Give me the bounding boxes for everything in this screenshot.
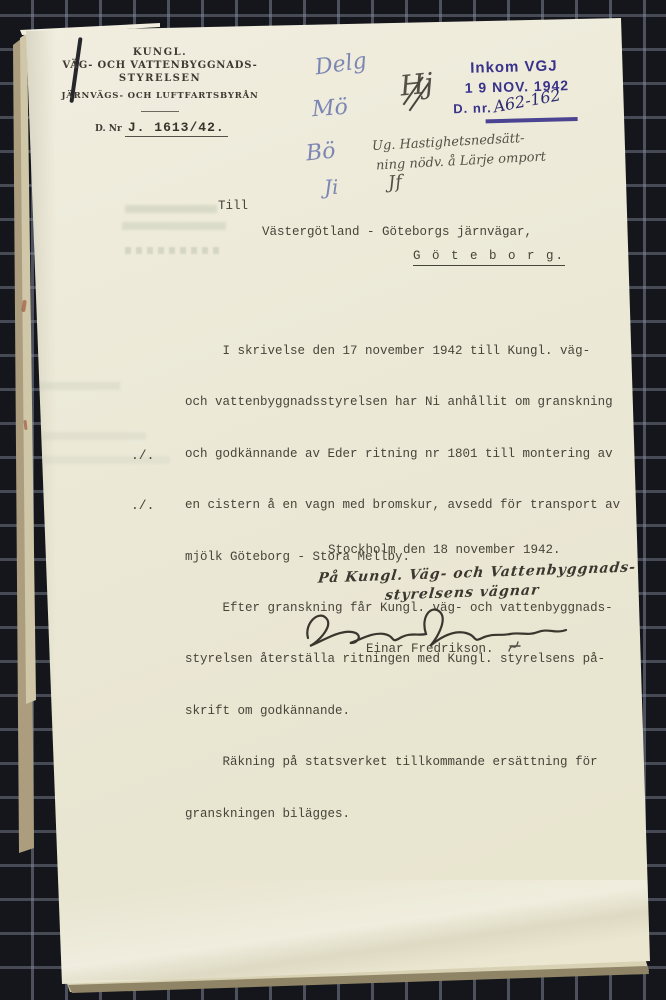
pencil-note-line1: Ug. Hastighetsnedsätt- <box>372 131 525 154</box>
pencil-note-line2: ning nödv. å Lärje omport <box>376 150 547 174</box>
bleed-through-line <box>122 222 226 230</box>
pencil-check-mark <box>506 638 524 656</box>
enclosure-mark-2: ./. <box>131 498 154 513</box>
scan-photo: KUNGL. VÄG- OCH VATTENBYGGNADS- STYRELSE… <box>0 0 666 1000</box>
body-line: granskningen bilägges. <box>185 803 655 826</box>
diary-number-row: D. Nr J. 1613/42. <box>95 120 295 135</box>
handwritten-initial-4: Ji <box>323 175 339 200</box>
received-stamp: Inkom VGJ 1 9 NOV. 1942 D. nr. A62-162 <box>452 56 622 60</box>
letterhead-org-line3: STYRELSEN <box>60 73 260 84</box>
handwritten-initial-1: Delg <box>314 49 369 81</box>
stamp-dnr-label: D. nr. <box>453 100 492 116</box>
body-line: och godkännande av Eder ritning nr 1801 … <box>185 443 655 466</box>
typed-signer-name: Einar Fredrikson. <box>366 642 494 656</box>
recipient-salutation: Till <box>218 199 248 213</box>
body-line: skrift om godkännande. <box>185 700 655 723</box>
bleed-through-line <box>125 205 217 213</box>
handwritten-initial-2: Mö <box>311 95 348 122</box>
letterhead-rule <box>141 111 179 112</box>
body-line: Räkning på statsverket tillkommande ersä… <box>185 751 655 774</box>
letter-page: KUNGL. VÄG- OCH VATTENBYGGNADS- STYRELSE… <box>0 0 666 1000</box>
letterhead-org-line2: VÄG- OCH VATTENBYGGNADS- <box>40 60 280 71</box>
enclosure-mark-1: ./. <box>131 448 154 463</box>
letterhead-bureau: JÄRNVÄGS- OCH LUFTFARTSBYRÅN <box>40 91 280 101</box>
stamp-bar <box>486 117 578 123</box>
letterhead-org-line1: KUNGL. <box>60 47 260 58</box>
body-line: I skrivelse den 17 november 1942 till Ku… <box>185 340 655 363</box>
handwritten-initial-3: Bö <box>305 139 337 167</box>
letter-body: I skrivelse den 17 november 1942 till Ku… <box>185 312 655 854</box>
recipient-city: G ö t e b o r g. <box>413 249 565 266</box>
pencil-note-initials: Jf <box>387 171 403 193</box>
bleed-through-line <box>38 382 120 390</box>
body-line: en cistern å en vagn med bromskur, avsed… <box>185 494 655 517</box>
dateline: Stockholm den 18 november 1942. <box>328 543 561 557</box>
diary-number-value: J. 1613/42. <box>125 120 228 137</box>
bleed-through-line <box>34 432 146 440</box>
stamp-received-text: Inkom VGJ <box>470 57 558 76</box>
body-line: och vattenbyggnadsstyrelsen har Ni anhål… <box>185 391 655 414</box>
bleed-through-underlined-line <box>125 247 223 254</box>
diary-number-label: D. Nr <box>95 124 122 134</box>
recipient-line: Västergötland - Göteborgs järnvägar, <box>262 225 532 239</box>
